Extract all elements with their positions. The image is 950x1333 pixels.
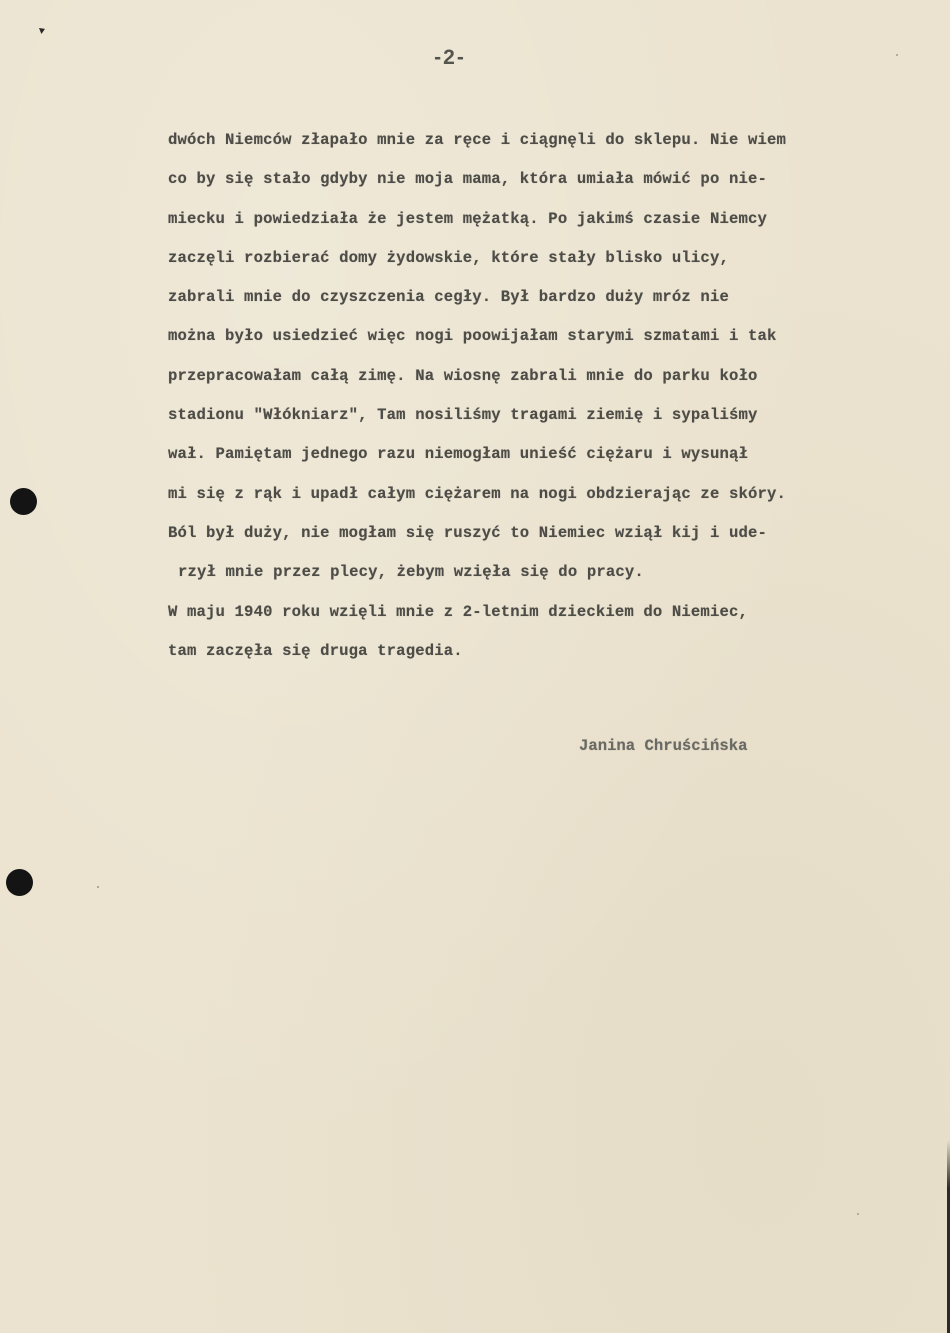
typed-body-text: dwóch Niemców złapało mnie za ręce i cią… xyxy=(168,127,948,677)
text-line: Ból był duży, nie mogłam się ruszyć to N… xyxy=(168,520,948,559)
text-line: zabrali mnie do czyszczenia cegły. Był b… xyxy=(168,284,948,323)
text-line: przepracowałam całą zimę. Na wiosnę zabr… xyxy=(168,363,948,402)
paper-speck xyxy=(857,1213,859,1215)
text-line: W maju 1940 roku wzięli mnie z 2-letnim … xyxy=(168,599,948,638)
text-line: miecku i powiedziała że jestem mężatką. … xyxy=(168,206,948,245)
text-line: tam zaczęła się druga tragedia. xyxy=(168,638,948,677)
text-line: co by się stało gdyby nie moja mama, któ… xyxy=(168,166,948,205)
text-line: rzył mnie przez plecy, żebym wzięła się … xyxy=(168,559,948,598)
text-line: stadionu "Włókniarz", Tam nosiliśmy trag… xyxy=(168,402,948,441)
punch-hole-icon xyxy=(6,869,33,896)
paper-speck xyxy=(97,886,99,888)
page-number: -2- xyxy=(0,46,900,70)
punch-hole-icon xyxy=(10,488,37,515)
text-line: zaczęli rozbierać domy żydowskie, które … xyxy=(168,245,948,284)
signature: Janina Chruścińska xyxy=(579,737,747,755)
text-line: mi się z rąk i upadł całym ciężarem na n… xyxy=(168,481,948,520)
text-line: dwóch Niemców złapało mnie za ręce i cią… xyxy=(168,127,948,166)
text-line: wał. Pamiętam jednego razu niemogłam uni… xyxy=(168,441,948,480)
text-line: można było usiedzieć więc nogi poowijała… xyxy=(168,323,948,362)
